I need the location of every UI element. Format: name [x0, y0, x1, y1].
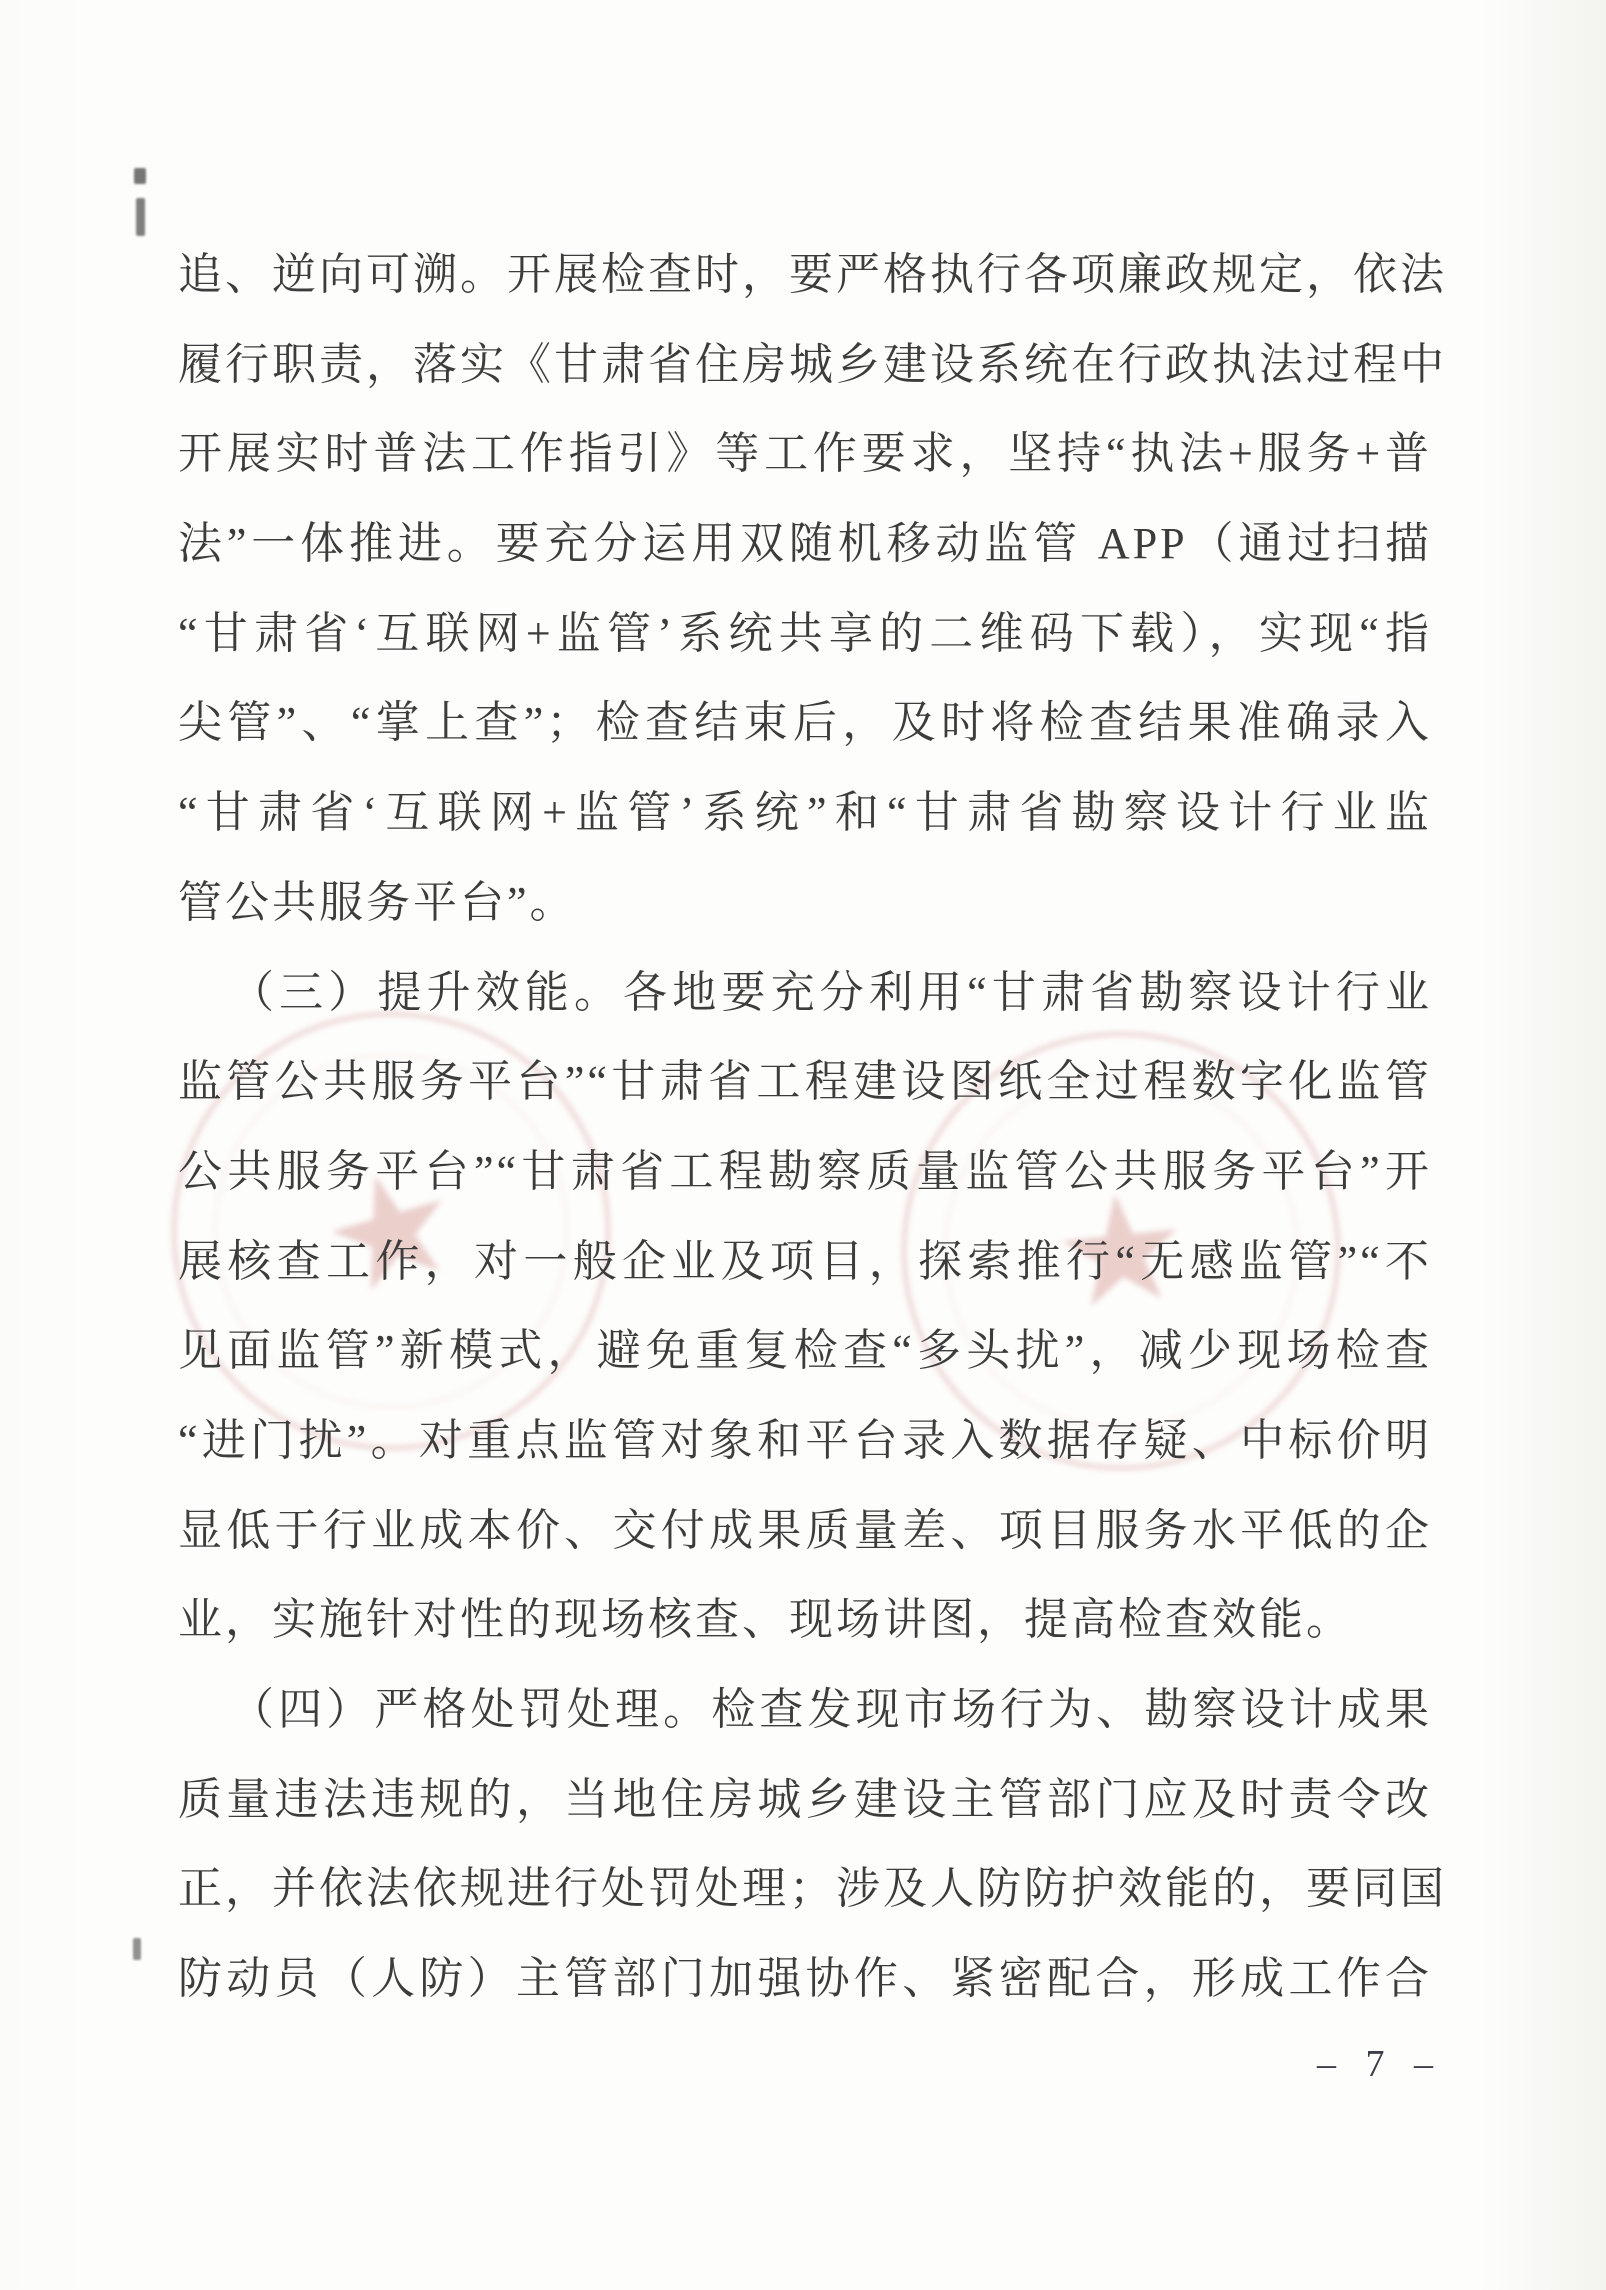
text-line: 开展实时普法工作指引》等工作要求，坚持“执法+服务+普	[178, 409, 1432, 499]
text-line: 显低于行业成本价、交付成果质量差、项目服务水平低的企	[178, 1486, 1432, 1576]
text-line: 尖管”、“掌上查”；检查结束后，及时将检查结果准确录入	[178, 678, 1432, 768]
scan-artifact	[134, 168, 146, 184]
text-line: 展核查工作，对一般企业及项目，探索推行“无感监管”“不	[178, 1217, 1432, 1307]
scan-artifact	[136, 198, 145, 236]
text-line: 法”一体推进。要充分运用双随机移动监管 APP（通过扫描	[178, 499, 1432, 589]
text-line: “进门扰”。对重点监管对象和平台录入数据存疑、中标价明	[178, 1396, 1432, 1486]
text-line: “甘肃省‘互联网+监管’系统共享的二维码下载），实现“指	[178, 589, 1432, 679]
text-line: “甘肃省‘互联网+监管’系统”和“甘肃省勘察设计行业监	[178, 768, 1432, 858]
document-body: 追、逆向可溯。开展检查时，要严格执行各项廉政规定，依法 履行职责，落实《甘肃省住…	[178, 230, 1432, 2024]
page-number: – 7 –	[1290, 2042, 1470, 2086]
text-line: 业，实施针对性的现场核查、现场讲图，提高检查效能。	[178, 1575, 1432, 1665]
text-line-paragraph-start: （三）提升效能。各地要充分利用“甘肃省勘察设计行业	[178, 948, 1432, 1038]
text-line: 履行职责，落实《甘肃省住房城乡建设系统在行政执法过程中	[178, 320, 1432, 410]
text-line: 追、逆向可溯。开展检查时，要严格执行各项廉政规定，依法	[178, 230, 1432, 320]
text-line: 见面监管”新模式，避免重复检查“多头扰”，减少现场检查	[178, 1306, 1432, 1396]
text-line: 防动员（人防）主管部门加强协作、紧密配合，形成工作合	[178, 1934, 1432, 2024]
scanned-document-page: ★ ★ 追、逆向可溯。开展检查时，要严格执行各项廉政规定，依法 履行职责，落实《…	[0, 0, 1606, 2290]
text-line: 公共服务平台”“甘肃省工程勘察质量监管公共服务平台”开	[178, 1127, 1432, 1217]
text-line: 管公共服务平台”。	[178, 858, 1432, 948]
text-line: 正，并依法依规进行处罚处理；涉及人防防护效能的，要同国	[178, 1844, 1432, 1934]
scan-artifact	[133, 1938, 141, 1960]
text-line-paragraph-start: （四）严格处罚处理。检查发现市场行为、勘察设计成果	[178, 1665, 1432, 1755]
text-line: 质量违法违规的，当地住房城乡建设主管部门应及时责令改	[178, 1755, 1432, 1845]
text-line: 监管公共服务平台”“甘肃省工程建设图纸全过程数字化监管	[178, 1037, 1432, 1127]
